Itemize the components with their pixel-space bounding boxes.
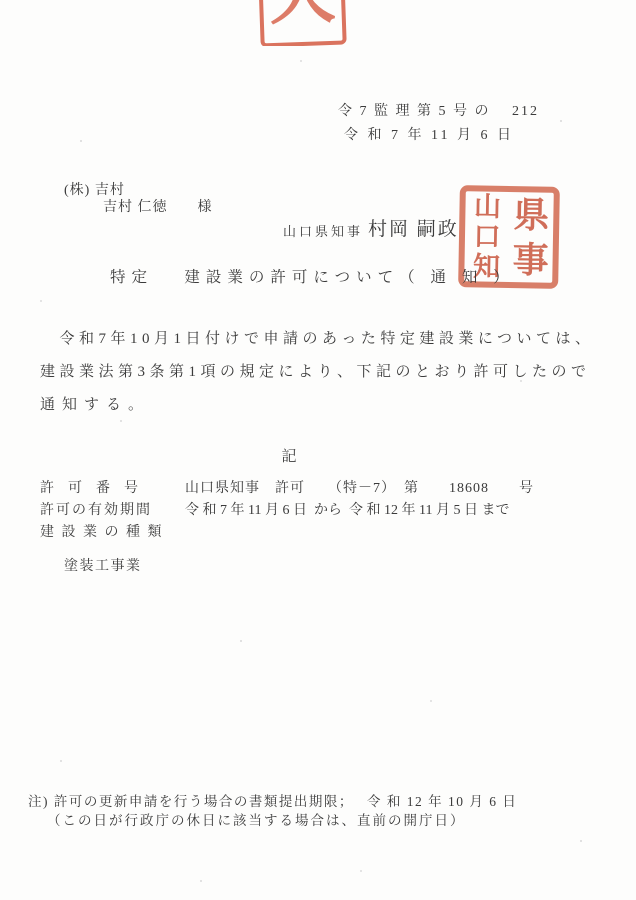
footnote-line-2: （この日が行政庁の休日に該当する場合は、直前の開庁日）	[47, 809, 466, 829]
permit-number-value: 山口県知事 許可 （特－7） 第 18608 号	[185, 477, 534, 497]
business-category-label: 建 設 業 の 種 類	[40, 521, 164, 541]
validity-period-label: 許可の有効期間	[40, 499, 152, 519]
top-partial-stamp: 大	[257, 0, 347, 46]
seal-char: 県	[513, 197, 550, 234]
seal-char: 事	[512, 242, 549, 279]
addressee-person: 吉村 仁徳 様	[103, 196, 213, 216]
body-paragraph-line-3: 通知する。	[40, 393, 150, 414]
business-type-value: 塗装工事業	[64, 555, 142, 575]
sender-name: 村岡 嗣政	[368, 214, 459, 241]
sender-title: 山口県知事	[283, 221, 363, 240]
top-stamp-border: 大	[257, 0, 346, 46]
permit-number-label: 許 可 番 号	[40, 477, 138, 497]
scanned-permit-notice-page: 大 令 7 監 理 第 5 号 の 212 令 和 7 年 11 月 6 日 (…	[0, 0, 636, 900]
seal-char: 山	[474, 193, 501, 220]
issue-date: 令 和 7 年 11 月 6 日	[344, 124, 514, 144]
top-stamp-character: 大	[268, 0, 336, 30]
document-title: 特定 建設業の許可について（ 通 知 ）	[110, 265, 515, 287]
scan-noise	[0, 0, 2, 2]
validity-period-value: 令 和 7 年 11 月 6 日 から 令 和 12 年 11 月 5 日 まで	[185, 499, 509, 519]
body-paragraph-line-2: 建設業法第3条第1項の規定により、下記のとおり許可したので	[40, 360, 591, 381]
document-reference-number: 令 7 監 理 第 5 号 の 212	[338, 100, 539, 120]
footnote-line-1: 注) 許可の更新申請を行う場合の書類提出期限； 令 和 12 年 10 月 6 …	[28, 790, 517, 810]
seal-char: 口	[473, 223, 500, 250]
ki-heading: 記	[0, 445, 580, 466]
seal-right-column: 県 事	[508, 192, 554, 283]
body-paragraph-line-1: 令和7年10月1日付けで申請のあった特定建設業については、	[40, 327, 595, 348]
